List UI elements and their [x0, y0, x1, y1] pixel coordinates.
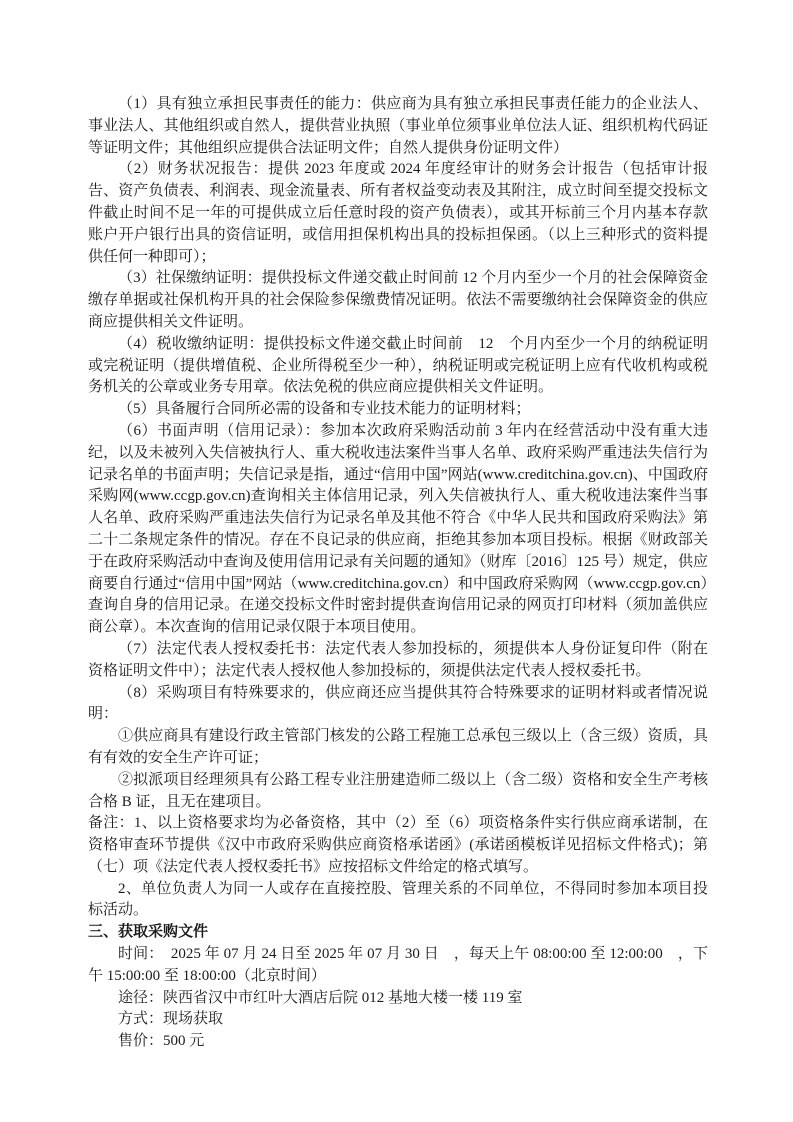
clause-1: （1）具有独立承担民事责任的能力：供应商为具有独立承担民事责任能力的企业法人、事… — [88, 94, 708, 159]
clause-8: （8）采购项目有特殊要求的，供应商还应当提供其符合特殊要求的证明材料或者情况说明… — [88, 683, 708, 727]
clause-4: （4）税收缴纳证明：提供投标文件递交截止时间前 12 个月内至少一个月的纳税证明… — [88, 334, 708, 399]
special-requirement-2: ②拟派项目经理须具有公路工程专业注册建造师二级以上（含二级）资格和安全生产考核合… — [88, 770, 708, 814]
remark-2: 2、单位负责人为同一人或存在直接控股、管理关系的不同单位，不得同时参加本项目投标… — [88, 879, 708, 923]
clause-2: （2）财务状况报告：提供 2023 年度或 2024 年度经审计的财务会计报告（… — [88, 159, 708, 268]
special-requirement-1: ①供应商具有建设行政主管部门核发的公路工程施工总承包三级以上（含三级）资质，具有… — [88, 726, 708, 770]
acquire-price-line: 售价：500 元 — [88, 1031, 708, 1053]
clause-3: （3）社保缴纳证明：提供投标文件递交截止时间前 12 个月内至少一个月的社会保障… — [88, 268, 708, 333]
clause-6: （6）书面声明（信用记录）：参加本次政府采购活动前 3 年内在经营活动中没有重大… — [88, 421, 708, 639]
clause-7: （7）法定代表人授权委托书：法定代表人参加投标的，须提供本人身份证复印件（附在资… — [88, 639, 708, 683]
document-page: （1）具有独立承担民事责任的能力：供应商为具有独立承担民事责任能力的企业法人、事… — [0, 0, 793, 1122]
remark-1: 备注：1、以上资格要求均为必备资格，其中（2）至（6）项资格条件实行供应商承诺制… — [88, 813, 708, 878]
acquire-method-line: 方式：现场获取 — [88, 1009, 708, 1031]
acquire-time-line: 时间： 2025 年 07 月 24 日至 2025 年 07 月 30 日 ，… — [88, 944, 708, 988]
section-heading-acquire-documents: 三、获取采购文件 — [88, 922, 708, 944]
acquire-route-line: 途径：陕西省汉中市红叶大酒店后院 012 基地大楼一楼 119 室 — [88, 988, 708, 1010]
clause-5: （5）具备履行合同所必需的设备和专业技术能力的证明材料； — [88, 399, 708, 421]
